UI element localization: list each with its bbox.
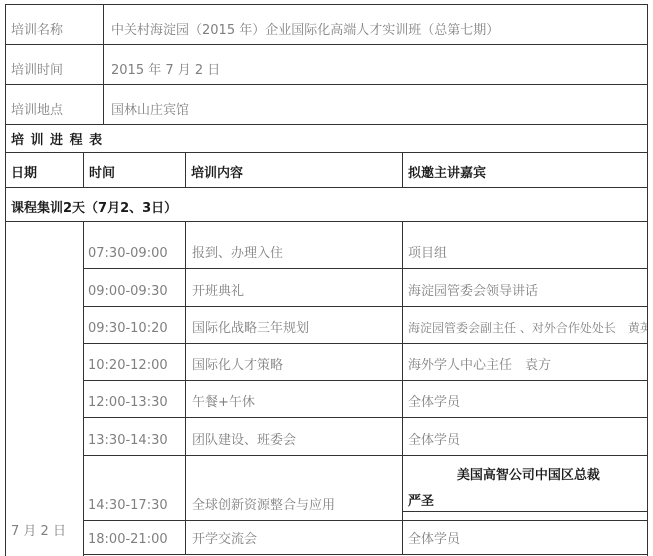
- row-guest: 项目组: [403, 222, 648, 268]
- row-content: 开班典礼: [186, 269, 403, 306]
- info-value-name: 中关村海淀园（2015 年）企业国际化高端人才实训班（总第七期）: [104, 5, 647, 44]
- row-guest: 全体学员: [403, 418, 648, 455]
- table-row: 12:00-13:30 午餐+午休 全体学员: [84, 381, 648, 418]
- guest-name: 严圣: [403, 490, 648, 509]
- row-time: 18:00-21:00: [84, 521, 186, 554]
- info-label-name: 培训名称: [6, 5, 104, 44]
- row-content: 团队建设、班委会: [186, 418, 403, 455]
- header-content: 培训内容: [186, 153, 403, 187]
- table-row: 14:30-17:30 全球创新资源整合与应用 美国高智公司中国区总裁 严圣: [84, 456, 648, 521]
- document-page: 培训名称 中关村海淀园（2015 年）企业国际化高端人才实训班（总第七期） 培训…: [0, 0, 653, 556]
- row-time: 07:30-09:00: [84, 222, 186, 268]
- row-guest: 海淀园管委会副主任 、对外合作处处长 黄英: [403, 307, 648, 343]
- row-time: 12:00-13:30: [84, 381, 186, 417]
- row-guest: 全体学员: [403, 381, 648, 417]
- row-content: 开学交流会: [186, 521, 403, 554]
- guest-title: 美国高智公司中国区总裁: [403, 464, 648, 483]
- info-row-location: 培训地点 国林山庄宾馆: [6, 85, 647, 125]
- row-guest: 海外学人中心主任 袁方: [403, 344, 648, 380]
- row-time: 10:20-12:00: [84, 344, 186, 380]
- table-row: 18:00-21:00 开学交流会 全体学员: [84, 521, 648, 555]
- header-guest: 拟邀主讲嘉宾: [403, 153, 647, 187]
- table-row: 09:00-09:30 开班典礼 海淀园管委会领导讲话: [84, 269, 648, 307]
- info-label-time: 培训时间: [6, 45, 104, 84]
- info-row-time: 培训时间 2015 年 7 月 2 日: [6, 45, 647, 85]
- info-row-name: 培训名称 中关村海淀园（2015 年）企业国际化高端人才实训班（总第七期）: [6, 5, 647, 45]
- table-row: 09:30-10:20 国际化战略三年规划 海淀园管委会副主任 、对外合作处处长…: [84, 307, 648, 344]
- row-guest: 全体学员: [403, 521, 648, 554]
- schedule-group-title: 课程集训2天（7月2、3日）: [6, 188, 647, 222]
- row-content: 全球创新资源整合与应用: [186, 456, 403, 520]
- schedule-body: 7 月 2 日 07:30-09:00 报到、办理入住 项目组 09:00-09…: [6, 222, 647, 556]
- row-time: 13:30-14:30: [84, 418, 186, 455]
- info-label-location: 培训地点: [6, 85, 104, 124]
- row-time: 14:30-17:30: [84, 456, 186, 520]
- row-content: 报到、办理入住: [186, 222, 403, 268]
- header-date: 日期: [6, 153, 84, 187]
- header-time: 时间: [84, 153, 186, 187]
- table-row: 07:30-09:00 报到、办理入住 项目组: [84, 222, 648, 269]
- schedule-header-row: 日期 时间 培训内容 拟邀主讲嘉宾: [6, 153, 647, 188]
- row-content: 午餐+午休: [186, 381, 403, 417]
- table-row: 13:30-14:30 团队建设、班委会 全体学员: [84, 418, 648, 456]
- date-column-cell: 7 月 2 日: [6, 222, 84, 556]
- date-label: 7 月 2 日: [11, 520, 66, 539]
- row-content: 国际化战略三年规划: [186, 307, 403, 343]
- schedule-section-title: 培 训 进 程 表: [6, 125, 647, 153]
- row-time: 09:00-09:30: [84, 269, 186, 306]
- row-guest-special: 美国高智公司中国区总裁 严圣: [403, 456, 648, 520]
- table-row: 10:20-12:00 国际化人才策略 海外学人中心主任 袁方: [84, 344, 648, 381]
- row-guest: 海淀园管委会领导讲话: [403, 269, 648, 306]
- row-time: 09:30-10:20: [84, 307, 186, 343]
- info-value-time: 2015 年 7 月 2 日: [104, 45, 647, 84]
- info-value-location: 国林山庄宾馆: [104, 85, 647, 124]
- guest-inner-cell: 美国高智公司中国区总裁 严圣: [403, 456, 648, 512]
- schedule-rows: 07:30-09:00 报到、办理入住 项目组 09:00-09:30 开班典礼…: [84, 222, 648, 556]
- row-content: 国际化人才策略: [186, 344, 403, 380]
- training-table: 培训名称 中关村海淀园（2015 年）企业国际化高端人才实训班（总第七期） 培训…: [5, 4, 648, 556]
